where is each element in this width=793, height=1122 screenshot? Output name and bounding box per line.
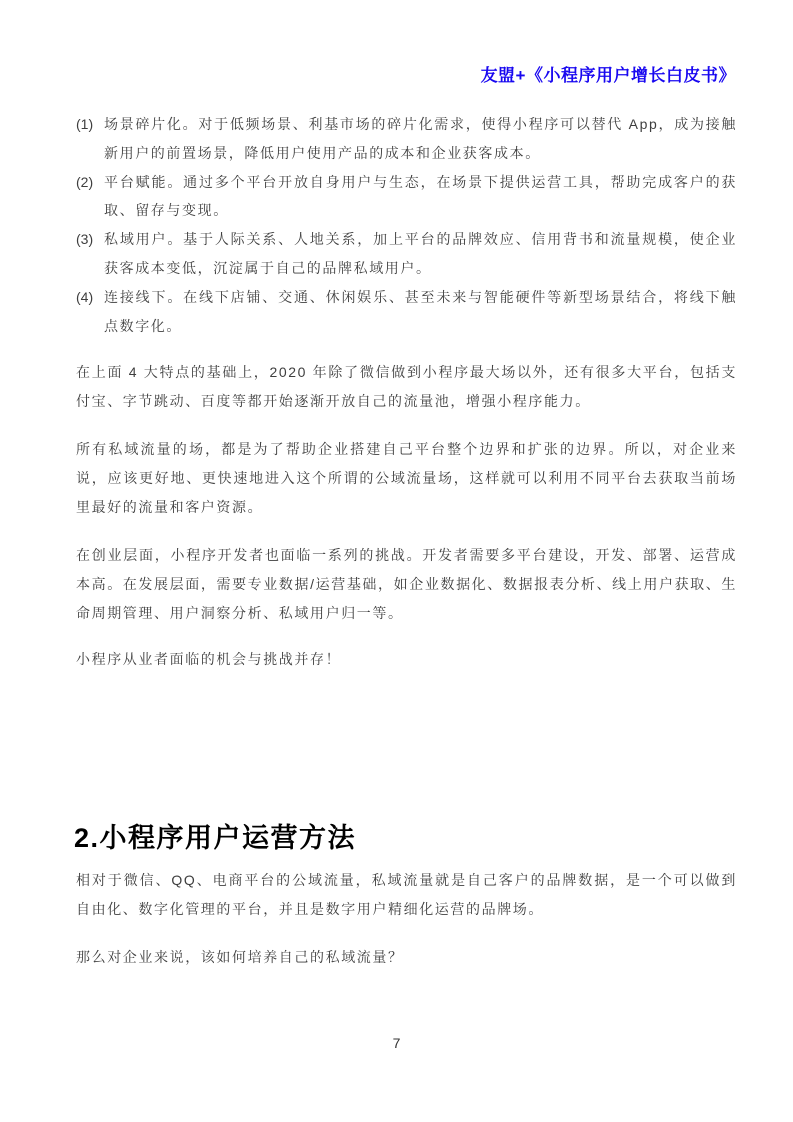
- list-item: (2) 平台赋能。通过多个平台开放自身用户与生态，在场景下提供运营工具，帮助完成…: [76, 168, 737, 226]
- document-page: 友盟+《小程序用户增长白皮书》 (1) 场景碎片化。对于低频场景、利基市场的碎片…: [0, 0, 793, 1122]
- list-item-text: 私域用户。基于人际关系、人地关系，加上平台的品牌效应、信用背书和流量规模，使企业…: [104, 231, 737, 276]
- list-item: (3) 私域用户。基于人际关系、人地关系，加上平台的品牌效应、信用背书和流量规模…: [76, 225, 737, 283]
- list-item-number: (1): [76, 110, 93, 139]
- list-item-text: 连接线下。在线下店铺、交通、休闲娱乐、甚至未来与智能硬件等新型场景结合，将线下触…: [104, 289, 737, 334]
- paragraph-opportunity-challenge: 小程序从业者面临的机会与挑战并存！: [76, 645, 737, 674]
- document-header-title: 友盟+《小程序用户增长白皮书》: [481, 61, 736, 86]
- paragraph-private-traffic-definition: 相对于微信、QQ、电商平台的公域流量，私域流量就是自己客户的品牌数据，是一个可以…: [76, 866, 737, 924]
- list-item: (4) 连接线下。在线下店铺、交通、休闲娱乐、甚至未来与智能硬件等新型场景结合，…: [76, 283, 737, 341]
- list-item-number: (4): [76, 283, 93, 312]
- list-item-text: 场景碎片化。对于低频场景、利基市场的碎片化需求，使得小程序可以替代 App，成为…: [104, 116, 737, 161]
- page-number: 7: [0, 1035, 793, 1051]
- paragraph-private-traffic-field: 所有私域流量的场，都是为了帮助企业搭建自己平台整个边界和扩张的边界。所以，对企业…: [76, 435, 737, 521]
- list-item-text: 平台赋能。通过多个平台开放自身用户与生态，在场景下提供运营工具，帮助完成客户的获…: [104, 174, 737, 219]
- section-title: 2.小程序用户运营方法: [74, 816, 356, 855]
- paragraph-platforms-2020: 在上面 4 大特点的基础上，2020 年除了微信做到小程序最大场以外，还有很多大…: [76, 358, 737, 416]
- paragraph-question: 那么对企业来说，该如何培养自己的私域流量？: [76, 943, 737, 972]
- list-item-number: (3): [76, 225, 93, 254]
- list-item: (1) 场景碎片化。对于低频场景、利基市场的碎片化需求，使得小程序可以替代 Ap…: [76, 110, 737, 168]
- paragraph-developer-challenges: 在创业层面，小程序开发者也面临一系列的挑战。开发者需要多平台建设，开发、部署、运…: [76, 541, 737, 627]
- list-item-number: (2): [76, 168, 93, 197]
- numbered-list: (1) 场景碎片化。对于低频场景、利基市场的碎片化需求，使得小程序可以替代 Ap…: [76, 110, 737, 340]
